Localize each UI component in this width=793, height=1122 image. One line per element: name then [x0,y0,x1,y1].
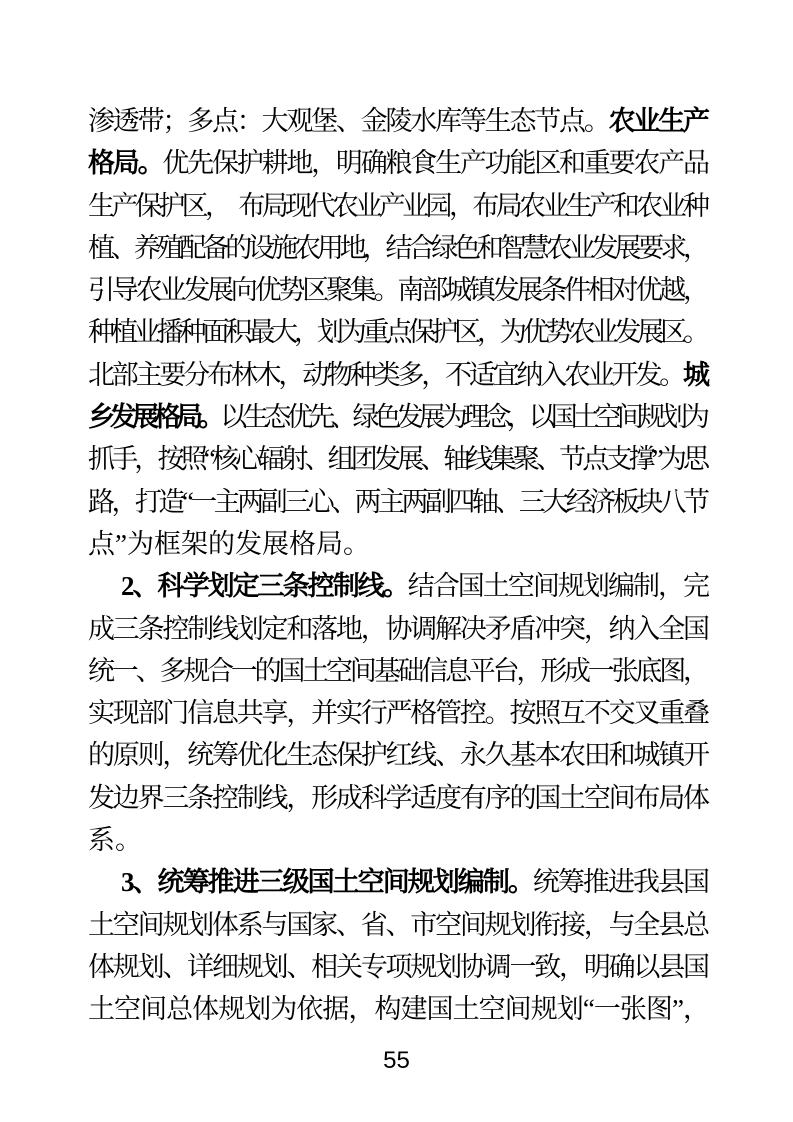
text-segment-bold: 格局。 [88,148,162,178]
text-segment: 结合国土空间规划编制，完 [408,571,708,601]
text-segment-bold: 农业生产 [609,106,708,136]
text-segment-bold: 乡发展格局。 [88,402,220,432]
text-line: 2、科学划定三条控制线。结合国土空间规划编制，完 [88,565,710,607]
text-line-content: 发边界三条控制线，形成科学适度有序的国土空间布局体 [88,783,708,813]
text-segment: 的原则，统筹优化生态保护红线、永久基本农田和城镇开 [88,740,708,770]
text-segment: 以生态优先、绿色发展为理念，以国土空间规划为 [220,402,705,432]
paragraph: 3、统筹推进三级国土空间规划编制。统筹推进我县国土空间规划体系与国家、省、市空间… [88,861,710,1030]
text-segment: 路，打造“一主两副三心、两主两副四轴、三大经济板块八节 [88,487,706,517]
text-line-content: 抓手，按照“核心辐射、组团发展、轴线集聚、节点支撑”为思 [88,444,706,474]
text-line: 3、统筹推进三级国土空间规划编制。统筹推进我县国 [88,861,710,903]
text-line: 抓手，按照“核心辐射、组团发展、轴线集聚、节点支撑”为思 [88,438,710,480]
text-line: 引导农业发展向优势区聚集。南部城镇发展条件相对优越， [88,269,710,311]
text-line: 实现部门信息共享，并实行严格管控。按照互不交叉重叠 [88,692,710,734]
text-line-content: 乡发展格局。以生态优先、绿色发展为理念，以国土空间规划为 [88,402,705,432]
text-segment: 土空间规划体系与国家、省、市空间规划衔接，与全县总 [88,910,708,940]
text-line-content: 土空间总体规划为依据，构建国土空间规划“一张图”， [88,994,709,1024]
text-line: 格局。优先保护耕地，明确粮食生产功能区和重要农产品 [88,142,710,184]
text-line-content: 路，打造“一主两副三心、两主两副四轴、三大经济板块八节 [88,487,706,517]
text-line: 的原则，统筹优化生态保护红线、永久基本农田和城镇开 [88,734,710,776]
text-line: 北部主要分布林木，动物种类多，不适宜纳入农业开发。城 [88,354,710,396]
text-segment: 统一、多规合一的国土空间基础信息平台，形成一张底图， [88,656,707,686]
text-line: 种植业播种面积最大，划为重点保护区，为优势农业发展区。 [88,311,710,353]
text-line-content: 统一、多规合一的国土空间基础信息平台，形成一张底图， [88,656,707,686]
text-line-content: 格局。优先保护耕地，明确粮食生产功能区和重要农产品 [88,148,708,178]
text-line-content: 3、统筹推进三级国土空间规划编制。统筹推进我县国 [121,867,708,897]
text-segment: 土空间总体规划为依据，构建国土空间规划“一张图”， [88,994,709,1024]
text-line-content: 种植业播种面积最大，划为重点保护区，为优势农业发展区。 [88,317,706,347]
text-line-content: 体规划、详细规划、相关专项规划协调一致，明确以县国 [88,952,708,982]
text-line-content: 北部主要分布林木，动物种类多，不适宜纳入农业开发。城 [88,360,707,390]
text-line: 植、养殖配备的设施农用地，结合绿色和智慧农业发展要求， [88,227,710,269]
paragraph: 渗透带；多点：大观堡、金陵水库等生态节点。农业生产格局。优先保护耕地，明确粮食生… [88,100,710,565]
text-line-content: 成三条控制线划定和落地，协调解决矛盾冲突，纳入全国 [88,614,708,644]
text-segment: 统筹推进我县国 [533,867,708,897]
page-number: 55 [383,1047,410,1074]
text-line-content: 2、科学划定三条控制线。结合国土空间规划编制，完 [121,571,708,601]
paragraph: 2、科学划定三条控制线。结合国土空间规划编制，完成三条控制线划定和落地，协调解决… [88,565,710,861]
text-segment: 系。 [88,825,142,855]
text-line: 成三条控制线划定和落地，协调解决矛盾冲突，纳入全国 [88,608,710,650]
document-body: 渗透带；多点：大观堡、金陵水库等生态节点。农业生产格局。优先保护耕地，明确粮食生… [88,100,710,1031]
text-line-content: 生产保护区， 布局现代农业产业园，布局农业生产和农业种 [88,191,706,221]
text-line: 渗透带；多点：大观堡、金陵水库等生态节点。农业生产 [88,100,710,142]
text-line: 统一、多规合一的国土空间基础信息平台，形成一张底图， [88,650,710,692]
text-line-content: 引导农业发展向优势区聚集。南部城镇发展条件相对优越， [88,275,707,305]
document-page: 渗透带；多点：大观堡、金陵水库等生态节点。农业生产格局。优先保护耕地，明确粮食生… [0,0,793,1122]
text-line-content: 系。 [88,825,142,855]
text-line-content: 实现部门信息共享，并实行严格管控。按照互不交叉重叠 [88,698,708,728]
text-line: 生产保护区， 布局现代农业产业园，布局农业生产和农业种 [88,185,710,227]
text-segment-bold: 2、科学划定三条控制线。 [121,571,408,601]
text-segment: 抓手，按照“核心辐射、组团发展、轴线集聚、节点支撑”为思 [88,444,706,474]
text-segment-bold: 3、统筹推进三级国土空间规划编制。 [121,867,533,897]
text-line-content: 土空间规划体系与国家、省、市空间规划衔接，与全县总 [88,910,708,940]
text-segment: 引导农业发展向优势区聚集。南部城镇发展条件相对优越， [88,275,707,305]
text-segment: 种植业播种面积最大，划为重点保护区，为优势农业发展区。 [88,317,706,347]
text-segment: 渗透带；多点：大观堡、金陵水库等生态节点。 [88,106,609,136]
text-segment: 点”为框架的发展格局。 [88,529,370,559]
text-line-content: 点”为框架的发展格局。 [88,529,370,559]
text-line: 路，打造“一主两副三心、两主两副四轴、三大经济板块八节 [88,481,710,523]
text-line-content: 的原则，统筹优化生态保护红线、永久基本农田和城镇开 [88,740,708,770]
text-segment: 优先保护耕地，明确粮食生产功能区和重要农产品 [162,148,707,178]
text-line: 体规划、详细规划、相关专项规划协调一致，明确以县国 [88,946,710,988]
text-segment: 生产保护区， 布局现代农业产业园，布局农业生产和农业种 [88,191,706,221]
text-segment-bold: 城 [683,360,707,390]
text-segment: 北部主要分布林木，动物种类多，不适宜纳入农业开发。 [88,360,683,390]
text-segment: 体规划、详细规划、相关专项规划协调一致，明确以县国 [88,952,708,982]
text-line: 土空间总体规划为依据，构建国土空间规划“一张图”， [88,988,710,1030]
text-line: 乡发展格局。以生态优先、绿色发展为理念，以国土空间规划为 [88,396,710,438]
page-footer: 55 [0,1046,793,1076]
text-line: 土空间规划体系与国家、省、市空间规划衔接，与全县总 [88,904,710,946]
text-segment: 发边界三条控制线，形成科学适度有序的国土空间布局体 [88,783,708,813]
text-line: 系。 [88,819,710,861]
text-segment: 植、养殖配备的设施农用地，结合绿色和智慧农业发展要求， [88,233,706,263]
text-line: 点”为框架的发展格局。 [88,523,710,565]
text-line: 发边界三条控制线，形成科学适度有序的国土空间布局体 [88,777,710,819]
text-segment: 成三条控制线划定和落地，协调解决矛盾冲突，纳入全国 [88,614,708,644]
text-segment: 实现部门信息共享，并实行严格管控。按照互不交叉重叠 [88,698,708,728]
text-line-content: 植、养殖配备的设施农用地，结合绿色和智慧农业发展要求， [88,233,706,263]
text-line-content: 渗透带；多点：大观堡、金陵水库等生态节点。农业生产 [88,106,708,136]
